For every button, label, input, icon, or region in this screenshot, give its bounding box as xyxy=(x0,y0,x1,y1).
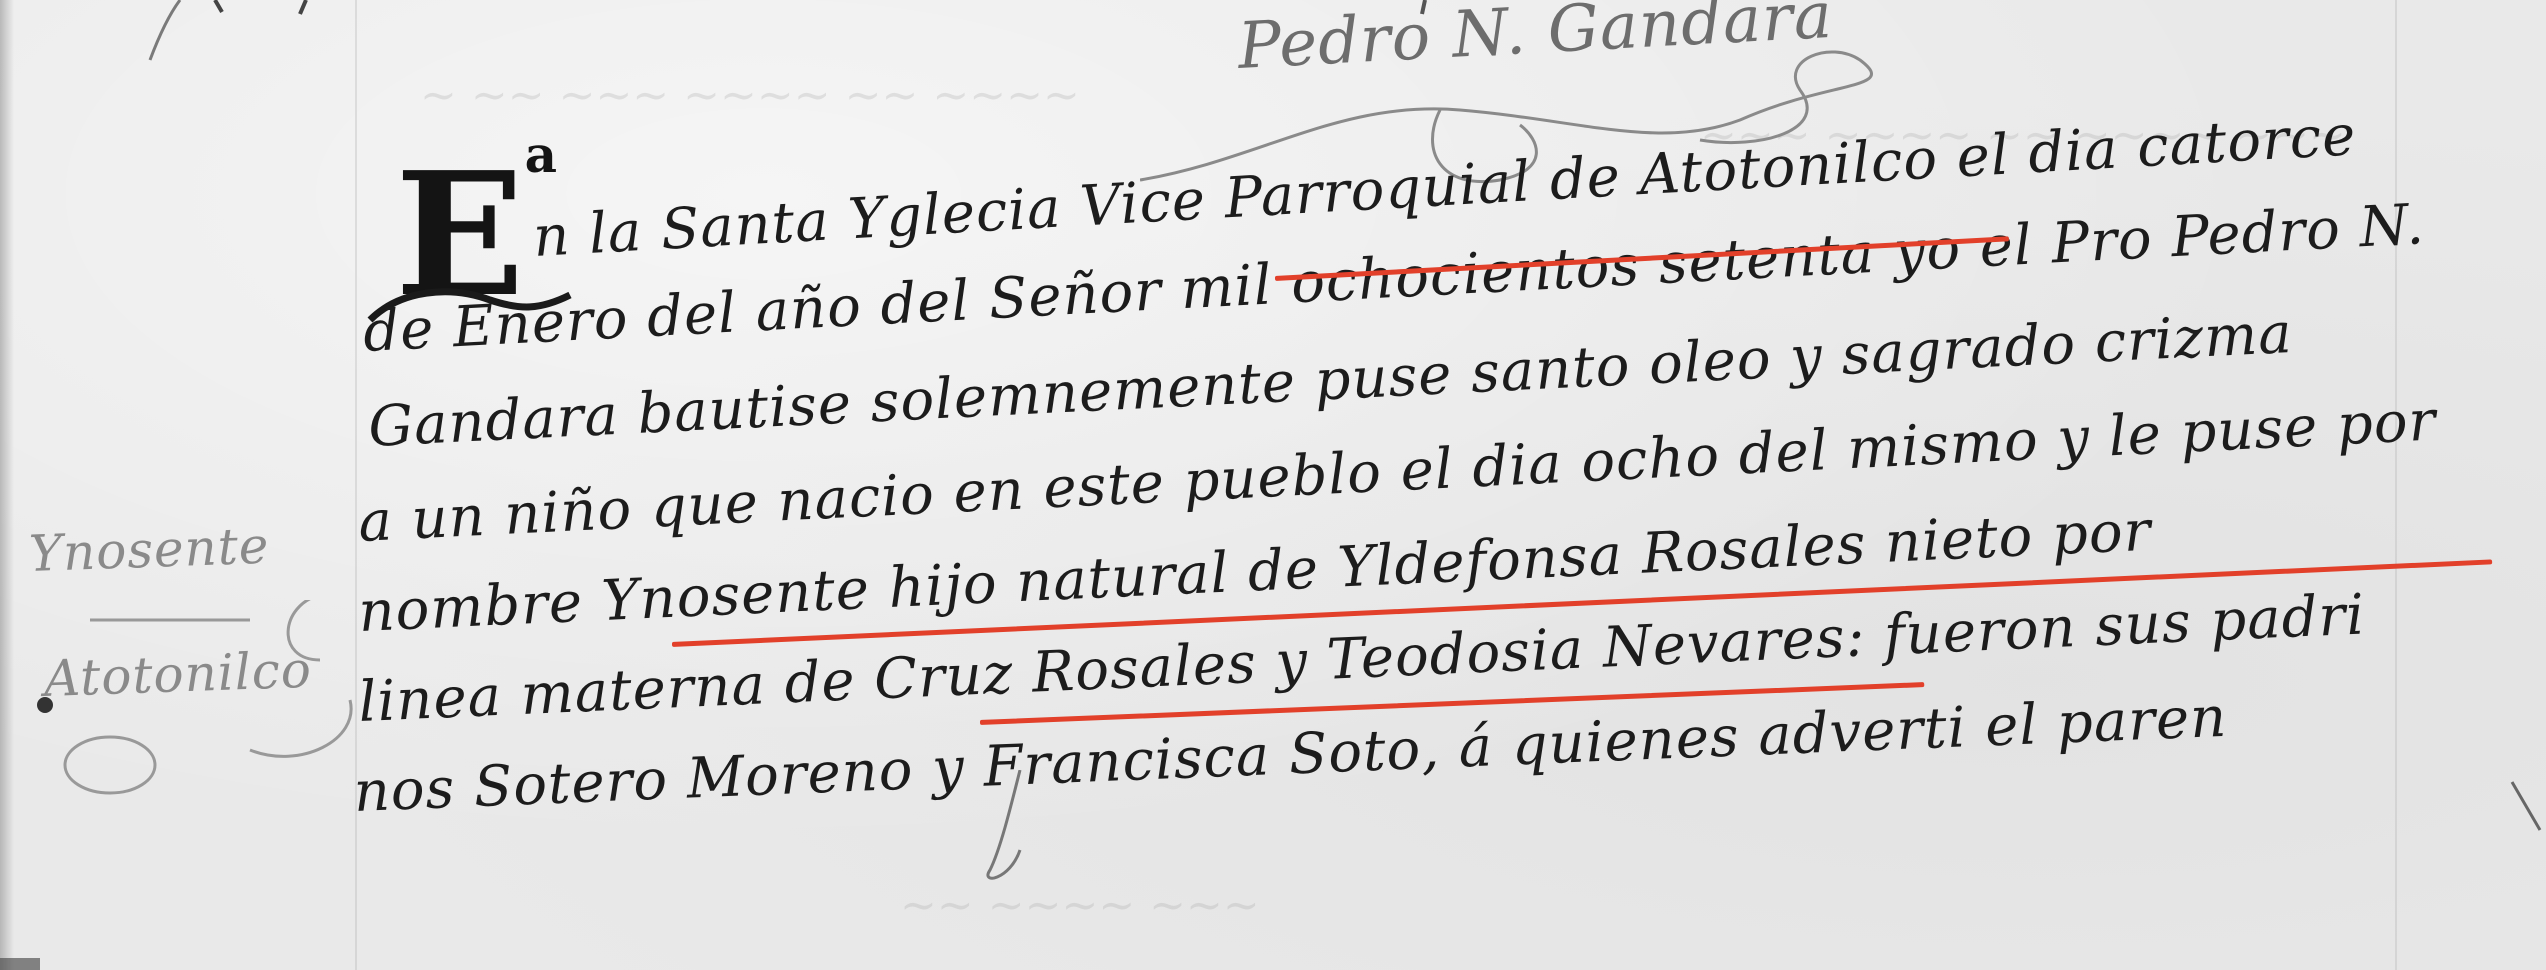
edge-stroke xyxy=(2510,780,2546,840)
document-page: ~ ~~ ~~~ ~~~~ ~~ ~~~~ ~~~ ~~~~ ~~ ~~~~ ~… xyxy=(0,0,2546,970)
margin-note-name: Ynosente xyxy=(28,517,270,583)
page-corner-shadow xyxy=(0,958,40,970)
bleed-through-text: ~~ ~~~~ ~~~ xyxy=(900,880,1260,931)
descender-loop xyxy=(980,770,1060,890)
margin-note-flourish xyxy=(20,600,380,820)
